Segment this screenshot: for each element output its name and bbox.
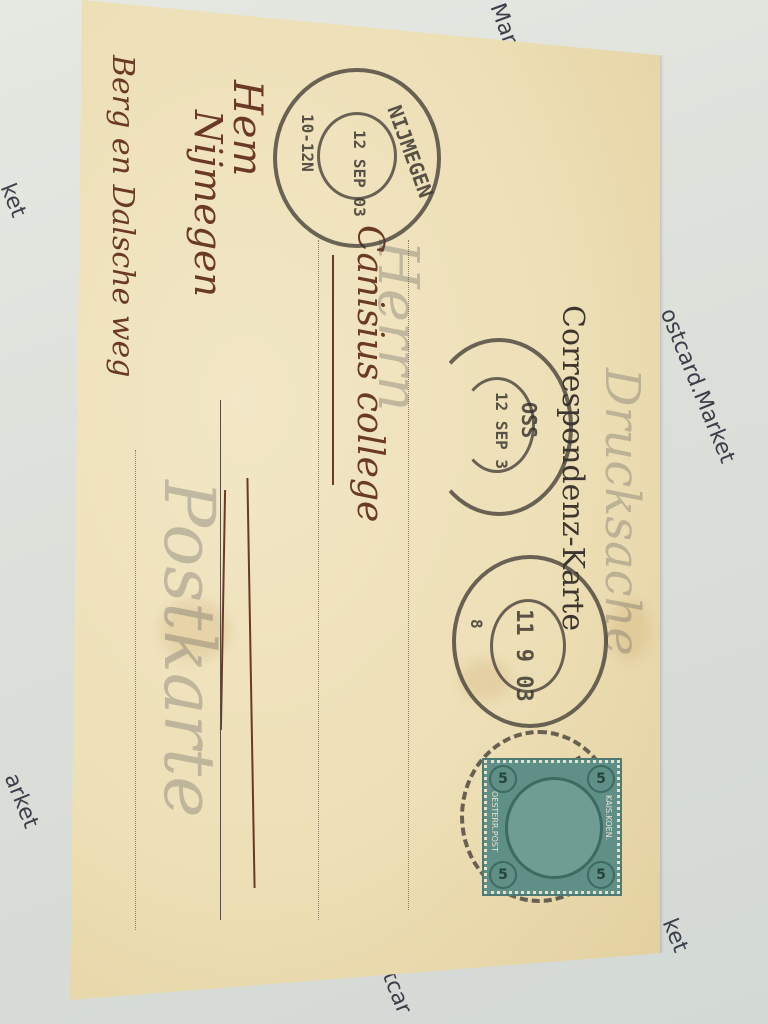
postmark-transit: 11 9 03 8 (452, 555, 608, 728)
ghost-handwriting: Postkarte (148, 480, 230, 818)
handwriting-line1: Hem (224, 80, 270, 176)
stamp-portrait (505, 777, 603, 879)
handwriting-line4: Berg en Dalsche weg (105, 55, 140, 377)
ghost-handwriting: Herrn (365, 240, 430, 412)
postmark-oss: OSS 12 SEP 3 (425, 338, 573, 516)
postmark-nijmegen: NIJMEGEN 12 SEP 03 10-12N (273, 68, 441, 248)
handwriting-line2: Nijmegen (186, 110, 230, 297)
postage-stamp: 5 5 5 5 KAIS.KOEN. OESTERR.POST (484, 760, 620, 894)
